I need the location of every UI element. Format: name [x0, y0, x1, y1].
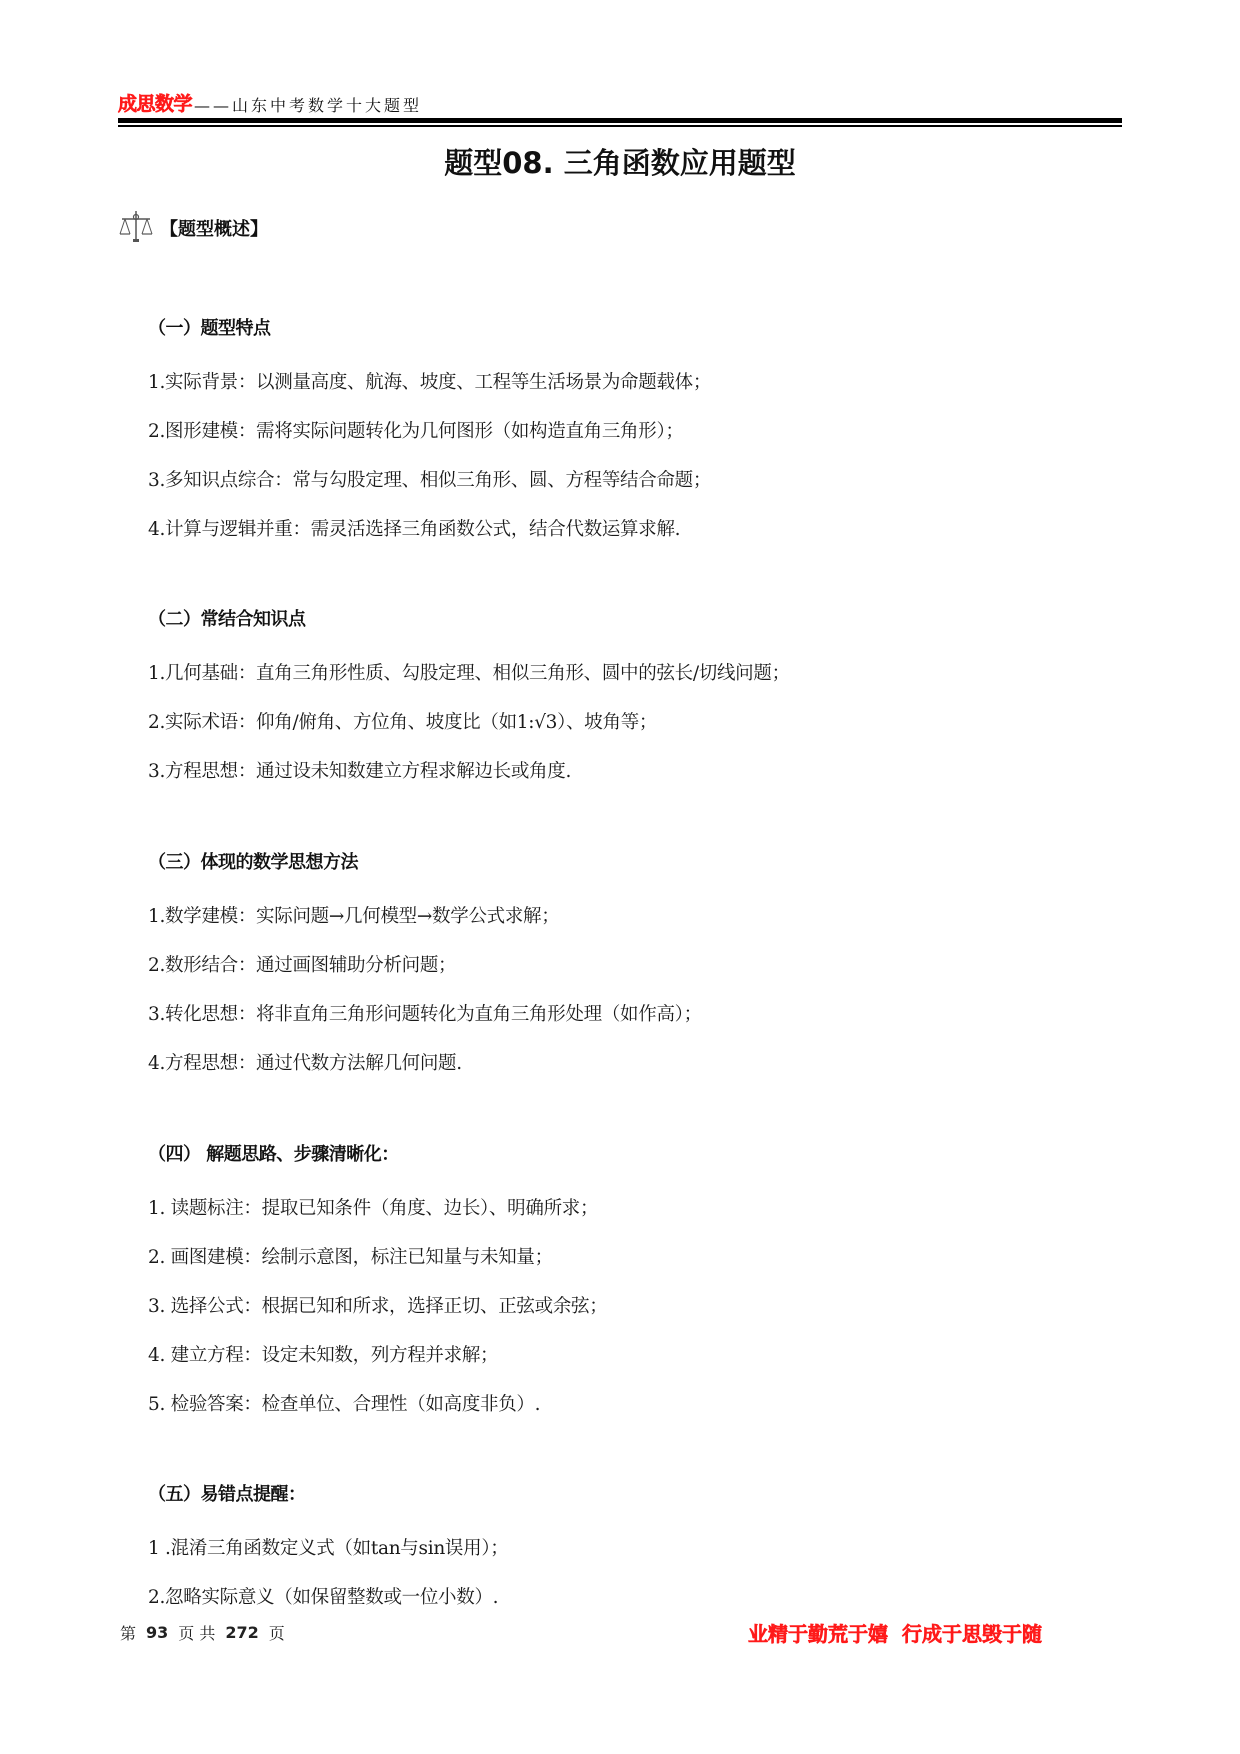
motto-part-2: 行成于思毁于随 [902, 1618, 1042, 1647]
header-rule-thick [118, 118, 1122, 123]
page-total: 272 [225, 1623, 258, 1642]
section-math-thinking: （三）体现的数学思想方法 1.数学建模：实际问题→几何模型→数学公式求解； 2.… [148, 848, 702, 1088]
list-item: 1.数学建模：实际问题→几何模型→数学公式求解； [148, 892, 702, 941]
list-item: 4. 建立方程：设定未知数，列方程并求解； [148, 1331, 607, 1380]
page-prefix: 第 [120, 1621, 136, 1644]
header-subtitle: ——山东中考数学十大题型 [194, 93, 422, 116]
list-item: 2. 画图建模：绘制示意图，标注已知量与未知量； [148, 1233, 607, 1282]
list-item: 2.实际术语：仰角/俯角、方位角、坡度比（如1:√3）、坡角等； [148, 698, 790, 747]
list-item: 1 .混淆三角函数定义式（如tan与sin误用）； [148, 1524, 509, 1573]
overview-label: 【题型概述】 [160, 215, 268, 241]
section-heading: （四） 解题思路、步骤清晰化： [148, 1140, 607, 1170]
page-current: 93 [146, 1623, 168, 1642]
list-item: 2.图形建模：需将实际问题转化为几何图形（如构造直角三角形）； [148, 407, 711, 456]
list-item: 4.计算与逻辑并重：需灵活选择三角函数公式，结合代数运算求解. [148, 505, 711, 554]
list-item: 2.忽略实际意义（如保留整数或一位小数）. [148, 1573, 509, 1622]
section-heading: （二）常结合知识点 [148, 605, 790, 635]
list-item: 3. 选择公式：根据已知和所求，选择正切、正弦或余弦； [148, 1282, 607, 1331]
section-features: （一）题型特点 1.实际背景：以测量高度、航海、坡度、工程等生活场景为命题载体；… [148, 314, 711, 554]
page-suffix: 页 [269, 1621, 285, 1644]
section-solving-steps: （四） 解题思路、步骤清晰化： 1. 读题标注：提取已知条件（角度、边长）、明确… [148, 1140, 607, 1429]
section-heading: （五）易错点提醒： [148, 1480, 509, 1510]
list-item: 3.方程思想：通过设未知数建立方程求解边长或角度. [148, 747, 790, 796]
section-heading: （三）体现的数学思想方法 [148, 848, 702, 878]
section-common-mistakes: （五）易错点提醒： 1 .混淆三角函数定义式（如tan与sin误用）； 2.忽略… [148, 1480, 509, 1622]
overview-heading: 【题型概述】 [118, 208, 268, 248]
brand-name: 成思数学 [118, 89, 192, 116]
list-item: 3.多知识点综合：常与勾股定理、相似三角形、圆、方程等结合命题； [148, 456, 711, 505]
footer-motto: 业精于勤荒于嬉 行成于思毁于随 [748, 1618, 1042, 1647]
list-item: 1.实际背景：以测量高度、航海、坡度、工程等生活场景为命题载体； [148, 358, 711, 407]
header-rule-thin [118, 125, 1122, 127]
page-number: 第 93 页 共 272 页 [120, 1621, 285, 1644]
section-knowledge-points: （二）常结合知识点 1.几何基础：直角三角形性质、勾股定理、相似三角形、圆中的弦… [148, 605, 790, 796]
list-item: 4.方程思想：通过代数方法解几何问题. [148, 1039, 702, 1088]
list-item: 1. 读题标注：提取已知条件（角度、边长）、明确所求； [148, 1184, 607, 1233]
list-item: 1.几何基础：直角三角形性质、勾股定理、相似三角形、圆中的弦长/切线问题； [148, 649, 790, 698]
section-heading: （一）题型特点 [148, 314, 711, 344]
balance-scale-icon [118, 208, 154, 248]
list-item: 5. 检验答案：检查单位、合理性（如高度非负）. [148, 1380, 607, 1429]
motto-part-1: 业精于勤荒于嬉 [748, 1618, 888, 1647]
page-title: 题型08. 三角函数应用题型 [0, 141, 1240, 182]
page-header: 成思数学 ——山东中考数学十大题型 [118, 92, 422, 116]
list-item: 2.数形结合：通过画图辅助分析问题； [148, 941, 702, 990]
list-item: 3.转化思想：将非直角三角形问题转化为直角三角形处理（如作高）； [148, 990, 702, 1039]
page-mid: 页 共 [178, 1621, 215, 1644]
